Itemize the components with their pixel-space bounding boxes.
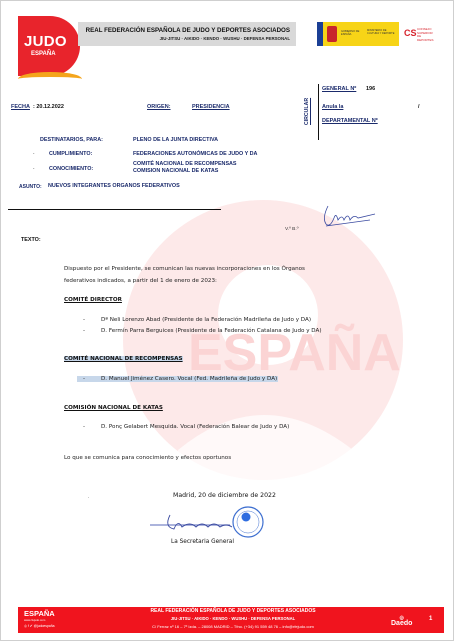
visto-bueno-label: V.º B.º <box>285 227 298 232</box>
judo-espana-logo: JUDO ESPAÑA <box>18 16 80 82</box>
fecha-value: : 20.12.2022 <box>33 104 64 110</box>
secretary-signature-stamp <box>150 505 270 539</box>
list-item: -D. Fermín Parra Berguices (Presidente d… <box>83 328 322 334</box>
texto-label: TEXTO: <box>21 237 41 243</box>
bullet-dot: . <box>33 165 35 171</box>
intro-line-2: federativos indicados, a partir del 1 de… <box>64 278 217 284</box>
footer-contact: C/ Ferraz nº 16 – 7º Izda. – 28008 MADRI… <box>118 623 348 630</box>
destinatarios-label: DESTINATARIOS, PARA: <box>40 137 103 143</box>
general-number-value: 196 <box>366 86 375 92</box>
csd-logo-icon: CS <box>404 28 417 38</box>
cumplimiento-label: CUMPLIMIENTO: <box>49 151 92 157</box>
footer-brand: ESPAÑA <box>24 609 55 618</box>
gov-text: GOBIERNO DE ESPAÑA <box>341 30 361 36</box>
federation-title: REAL FEDERACIÓN ESPAÑOLA DE JUDO Y DEPOR… <box>86 27 290 34</box>
section-title-katas: COMISIÓN NACIONAL DE KATAS <box>64 405 163 411</box>
footer-url-link[interactable]: www.rfejudo.com <box>24 618 45 622</box>
asunto-label: ASUNTO: <box>19 184 42 190</box>
fecha-label: FECHA <box>11 104 30 110</box>
circular-divider <box>318 84 319 140</box>
footer-disciplines: JIU-JITSU · AIKIDO · KENDO · WUSHU · DEF… <box>118 615 348 623</box>
section-title-recompensas: COMITÉ NACIONAL DE RECOMPENSAS <box>64 356 183 362</box>
eu-flag-icon <box>317 22 323 46</box>
closing-text: Lo que se comunica para conocimiento y e… <box>64 455 231 461</box>
cumplimiento-value: FEDERACIONES AUTONÓMICAS DE JUDO Y DA <box>133 151 257 157</box>
general-number-label: GENERAL Nº <box>322 86 356 92</box>
page-number: 1 <box>429 616 432 622</box>
circular-label: CIRCULAR <box>304 101 314 125</box>
place-date: Madrid, 20 de diciembre de 2022 <box>173 492 276 499</box>
daedo-sponsor-logo: ◎ Daedo <box>391 615 412 627</box>
list-item: -D. Ponç Gelabert Mesquida. Vocal (Feder… <box>83 424 289 430</box>
judo-espana-watermark: ESPAÑA <box>118 190 408 490</box>
logo-judo-text: JUDO <box>24 33 67 50</box>
section-title-comite-director: COMITÉ DIRECTOR <box>64 297 122 303</box>
list-item: -D. Manuel Jiménez Casero. Vocal (Fed. M… <box>77 376 278 382</box>
footer-social-icons[interactable]: ◎ f ✔ @judoespaña <box>24 624 55 628</box>
logo-espana-text: ESPAÑA <box>31 51 56 57</box>
anula-value: / <box>418 104 420 110</box>
intro-line-1: Dispuesto por el Presidente, se comunica… <box>64 266 305 272</box>
footer: ESPAÑA www.rfejudo.com ◎ f ✔ @judoespaña… <box>18 607 444 633</box>
header-band: REAL FEDERACIÓN ESPAÑOLA DE JUDO Y DEPOR… <box>78 22 296 46</box>
destinatarios-value: PLENO DE LA JUNTA DIRECTIVA <box>133 137 218 143</box>
footer-address-block: REAL FEDERACIÓN ESPAÑOLA DE JUDO Y DEPOR… <box>118 608 348 630</box>
footer-federation-name: REAL FEDERACIÓN ESPAÑOLA DE JUDO Y DEPOR… <box>118 608 348 615</box>
conocimiento-value-1: COMITÉ NACIONAL DE RECOMPENSAS <box>133 161 237 167</box>
federation-subtitle: JIU-JITSU · AIKIDO · KENDO · WUSHU · DEF… <box>160 36 290 41</box>
coat-of-arms-icon <box>327 26 337 42</box>
dot-mark: . <box>88 494 89 500</box>
list-item: -Dª Neli Lorenzo Abad (Presidente de la … <box>83 317 311 323</box>
asunto-value: NUEVOS INTEGRANTES ORGANOS FEDERATIVOS <box>48 183 180 189</box>
bullet-dot: . <box>33 150 35 156</box>
csd-logo-text: CONSEJO SUPERIOR DE DEPORTES <box>417 28 431 42</box>
president-signature <box>320 200 380 230</box>
departamental-label: DEPARTAMENTAL Nº <box>322 118 378 124</box>
divider-line <box>8 209 221 210</box>
ministry-text: MINISTERIO DE CULTURA Y DEPORTE <box>367 29 395 35</box>
origen-value: PRESIDENCIA <box>192 104 230 110</box>
anula-label: Anula la <box>322 104 343 110</box>
conocimiento-label: CONOCIMIENTO: <box>49 166 93 172</box>
secretary-role: La Secretaria General <box>171 539 234 545</box>
gobierno-espana-logo: GOBIERNO DE ESPAÑA MINISTERIO DE CULTURA… <box>317 22 399 46</box>
origen-label: ORIGEN: <box>147 104 171 110</box>
conocimiento-value-2: COMISION NACIONAL DE KATAS <box>133 168 218 174</box>
